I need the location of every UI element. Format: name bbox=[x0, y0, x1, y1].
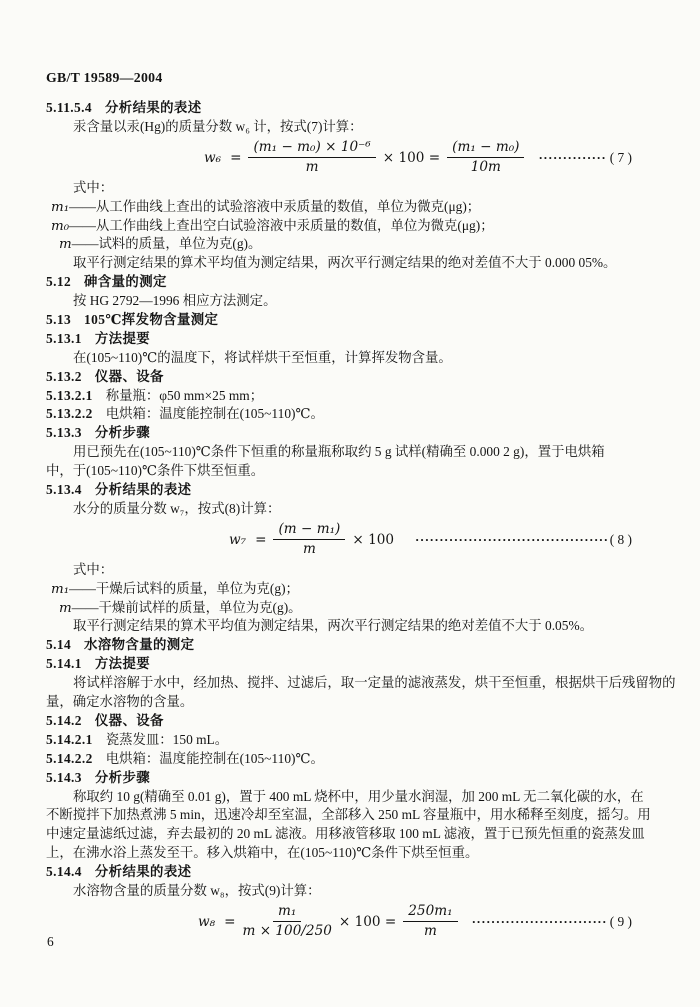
clause-heading: 5.11.5.4分析结果的表述 bbox=[46, 99, 656, 118]
fraction-numerator: m₁ bbox=[273, 904, 301, 922]
formula-row: w₈=m₁m × 100/250× 100 =250m₁m···········… bbox=[46, 901, 656, 943]
paragraph-line: 上，在沸水浴上蒸发至干。移入烘箱中，在(105~110)℃条件下烘至恒重。 bbox=[46, 844, 656, 863]
clause-title: 分析结果的表述 bbox=[95, 482, 192, 497]
clause-title: 分析结果的表述 bbox=[105, 100, 202, 115]
math-variable: w₇ bbox=[229, 532, 246, 548]
paragraph-line: 取平行测定结果的算术平均值为测定结果，两次平行测定结果的绝对差值不大于 0.05… bbox=[46, 617, 656, 636]
paragraph-line: 按 HG 2792—1996 相应方法测定。 bbox=[46, 292, 656, 311]
clause-heading: 5.14.3分析步骤 bbox=[46, 769, 656, 788]
numbered-clause: 5.13.2.1称量瓶：φ50 mm×25 mm； bbox=[46, 387, 656, 406]
math-operator: = bbox=[255, 532, 266, 548]
clause-text: 电烘箱：温度能控制在(105~110)℃。 bbox=[106, 406, 324, 421]
math-variable: w₈ bbox=[198, 914, 215, 930]
variable-definition: m——干燥前试样的质量，单位为克(g)。 bbox=[46, 599, 656, 618]
variable-symbol: m bbox=[59, 601, 72, 616]
paragraph-line: 取平行测定结果的算术平均值为测定结果，两次平行测定结果的绝对差值不大于 0.00… bbox=[46, 254, 656, 273]
fraction: 250m₁m bbox=[403, 904, 457, 939]
clause-title: 方法提要 bbox=[95, 656, 150, 671]
paragraph-line: 汞含量以汞(Hg)的质量分数 w₆ 计，按式(7)计算： bbox=[46, 118, 656, 137]
variable-definition: m₁——干燥后试料的质量，单位为克(g)； bbox=[46, 580, 656, 599]
math-operator: = bbox=[224, 914, 235, 930]
clause-title: 仪器、设备 bbox=[95, 369, 164, 384]
paragraph-line: 量，确定水溶物的含量。 bbox=[46, 693, 656, 712]
fraction-numerator: 250m₁ bbox=[403, 904, 457, 922]
paragraph-line: 中，于(105~110)℃条件下烘至恒重。 bbox=[46, 462, 656, 481]
clause-title: 分析步骤 bbox=[95, 770, 150, 785]
clause-title: 分析步骤 bbox=[95, 425, 150, 440]
formula-math: w₇=(m − m₁)m× 100 bbox=[229, 522, 401, 557]
clause-number: 5.13.2.1 bbox=[46, 388, 93, 403]
clause-title: 砷含量的测定 bbox=[84, 274, 167, 289]
paragraph-line: 在(105~110)℃的温度下，将试样烘干至恒重，计算挥发物含量。 bbox=[46, 349, 656, 368]
paragraph-line: 水分的质量分数 w₇，按式(8)计算： bbox=[46, 500, 656, 519]
formula-row: w₇=(m − m₁)m× 100·······················… bbox=[46, 519, 656, 561]
clause-number: 5.14.4 bbox=[46, 864, 82, 879]
paragraph-line: 水溶物含量的质量分数 w₈，按式(9)计算： bbox=[46, 882, 656, 901]
variable-definition: m₁——从工作曲线上查出的试验溶液中汞质量的数值，单位为微克(μg)； bbox=[46, 198, 656, 217]
clause-number: 5.14 bbox=[46, 637, 71, 652]
clause-number: 5.14.1 bbox=[46, 656, 82, 671]
variable-definition: m——试料的质量，单位为克(g)。 bbox=[46, 235, 656, 254]
clause-number: 5.14.2 bbox=[46, 713, 82, 728]
variable-description: ——从工作曲线上查出空白试验溶液中汞质量的数值，单位为微克(μg)； bbox=[69, 218, 494, 233]
variable-symbol: m₁ bbox=[51, 582, 69, 597]
clause-number: 5.14.3 bbox=[46, 770, 82, 785]
paragraph-line: 用已预先在(105~110)℃条件下恒重的称量瓶称取约 5 g 试样(精确至 0… bbox=[46, 443, 656, 462]
clause-heading: 5.14水溶物含量的测定 bbox=[46, 636, 656, 655]
clause-number: 5.13.2 bbox=[46, 369, 82, 384]
clause-heading: 5.14.4分析结果的表述 bbox=[46, 863, 656, 882]
equation-number: ( 9 ) bbox=[610, 914, 632, 930]
equation-number: ( 8 ) bbox=[610, 532, 632, 548]
fraction-denominator: m × 100/250 bbox=[242, 922, 331, 939]
formula-leader-dots: ········································… bbox=[472, 914, 607, 930]
equation-number: ( 7 ) bbox=[610, 150, 632, 166]
clause-number: 5.13.3 bbox=[46, 425, 82, 440]
fraction-denominator: 10m bbox=[471, 158, 501, 175]
clause-heading: 5.14.1方法提要 bbox=[46, 655, 656, 674]
fraction: (m₁ − m₀) × 10⁻⁶m bbox=[248, 140, 375, 175]
fraction: m₁m × 100/250 bbox=[242, 904, 331, 939]
math-variable: w₆ bbox=[204, 150, 221, 166]
clause-heading: 5.12砷含量的测定 bbox=[46, 273, 656, 292]
variable-description: ——干燥后试料的质量，单位为克(g)； bbox=[69, 581, 299, 596]
formula-math: w₆=(m₁ − m₀) × 10⁻⁶m× 100 =(m₁ − m₀)10m bbox=[204, 140, 524, 175]
numbered-clause: 5.13.2.2电烘箱：温度能控制在(105~110)℃。 bbox=[46, 405, 656, 424]
clause-heading: 5.13.4分析结果的表述 bbox=[46, 481, 656, 500]
variable-definition: m₀——从工作曲线上查出空白试验溶液中汞质量的数值，单位为微克(μg)； bbox=[46, 217, 656, 236]
fraction-denominator: m bbox=[303, 540, 316, 557]
clause-title: 仪器、设备 bbox=[95, 713, 164, 728]
clause-number: 5.13 bbox=[46, 312, 71, 327]
clause-title: 分析结果的表述 bbox=[95, 864, 192, 879]
variable-description: ——从工作曲线上查出的试验溶液中汞质量的数值，单位为微克(μg)； bbox=[69, 199, 480, 214]
variable-description: ——试料的质量，单位为克(g)。 bbox=[72, 236, 262, 251]
clause-number: 5.13.1 bbox=[46, 331, 82, 346]
paragraph-line: 不断搅拌下加热煮沸 5 min，迅速冷却至室温，全部移入 250 mL 容量瓶中… bbox=[46, 806, 656, 825]
clause-number: 5.13.2.2 bbox=[46, 406, 93, 421]
clause-heading: 5.14.2仪器、设备 bbox=[46, 712, 656, 731]
clause-heading: 5.13.2仪器、设备 bbox=[46, 368, 656, 387]
clause-number: 5.11.5.4 bbox=[46, 100, 92, 115]
clause-text: 称量瓶：φ50 mm×25 mm； bbox=[106, 388, 263, 403]
fraction-numerator: (m − m₁) bbox=[273, 522, 345, 540]
paragraph-line: 式中： bbox=[46, 179, 656, 198]
clause-text: 电烘箱：温度能控制在(105~110)℃。 bbox=[106, 751, 324, 766]
math-operator: × 100 = bbox=[339, 914, 396, 930]
paragraph-line: 中速定量滤纸过滤，弃去最初的 20 mL 滤液。用移液管移取 100 mL 滤液… bbox=[46, 825, 656, 844]
variable-description: ——干燥前试样的质量，单位为克(g)。 bbox=[72, 600, 302, 615]
numbered-clause: 5.14.2.1瓷蒸发皿：150 mL。 bbox=[46, 731, 656, 750]
clause-number: 5.12 bbox=[46, 274, 71, 289]
fraction-denominator: m bbox=[306, 158, 319, 175]
clause-title: 水溶物含量的测定 bbox=[84, 637, 194, 652]
clause-number: 5.13.4 bbox=[46, 482, 82, 497]
formula-leader-dots: ········································… bbox=[415, 532, 607, 548]
formula-row: w₆=(m₁ − m₀) × 10⁻⁶m× 100 =(m₁ − m₀)10m·… bbox=[46, 137, 656, 179]
formula-math: w₈=m₁m × 100/250× 100 =250m₁m bbox=[198, 904, 458, 939]
clause-heading: 5.13105℃挥发物含量测定 bbox=[46, 311, 656, 330]
formula-leader-dots: ········································… bbox=[538, 150, 606, 166]
numbered-clause: 5.14.2.2电烘箱：温度能控制在(105~110)℃。 bbox=[46, 750, 656, 769]
clause-number: 5.14.2.1 bbox=[46, 732, 93, 747]
fraction: (m₁ − m₀)10m bbox=[447, 140, 524, 175]
paragraph-line: 称取约 10 g(精确至 0.01 g)，置于 400 mL 烧杯中，用少量水润… bbox=[46, 788, 656, 807]
variable-symbol: m bbox=[59, 237, 72, 252]
fraction-numerator: (m₁ − m₀) bbox=[447, 140, 524, 158]
clause-heading: 5.13.1方法提要 bbox=[46, 330, 656, 349]
variable-symbol: m₁ bbox=[51, 200, 69, 215]
page-number: 6 bbox=[47, 933, 54, 951]
clause-title: 方法提要 bbox=[95, 331, 150, 346]
paragraph-line: 式中： bbox=[46, 561, 656, 580]
document-body: 5.11.5.4分析结果的表述汞含量以汞(Hg)的质量分数 w₆ 计，按式(7)… bbox=[46, 99, 656, 943]
math-operator: × 100 = bbox=[383, 150, 440, 166]
fraction: (m − m₁)m bbox=[273, 522, 345, 557]
fraction-numerator: (m₁ − m₀) × 10⁻⁶ bbox=[248, 140, 375, 158]
clause-title: 105℃挥发物含量测定 bbox=[84, 312, 218, 327]
fraction-denominator: m bbox=[424, 922, 437, 939]
clause-text: 瓷蒸发皿：150 mL。 bbox=[106, 732, 228, 747]
math-operator: = bbox=[230, 150, 241, 166]
clause-number: 5.14.2.2 bbox=[46, 751, 93, 766]
standard-number-header: GB/T 19589—2004 bbox=[46, 70, 163, 86]
variable-symbol: m₀ bbox=[51, 219, 69, 234]
clause-heading: 5.13.3分析步骤 bbox=[46, 424, 656, 443]
paragraph-line: 将试样溶解于水中，经加热、搅拌、过滤后，取一定量的滤液蒸发，烘干至恒重，根据烘干… bbox=[46, 674, 656, 693]
math-operator: × 100 bbox=[352, 532, 394, 548]
